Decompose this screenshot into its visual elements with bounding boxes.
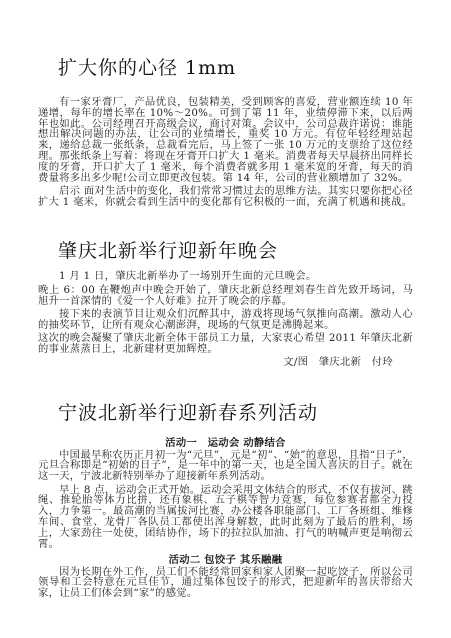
article-paragraph: 1 月 1 日，肇庆北新举办了一场别开生面的元旦晚会。 [38, 271, 413, 282]
activity-subheading: 活动一 运动会 动静结合 [38, 435, 413, 449]
article-paragraph: 晚上 6：00 在鞭炮声中晚会开始了，肇庆北新总经理刘春生首先致开场词，马旭升一… [38, 285, 413, 307]
article-paragraph: 因为长期在外工作，员工们不能经常回家和家人团聚一起吃饺子，所以公司领导和工会特意… [38, 567, 413, 599]
article-paragraph: 早上 8 点，运动会正式开始。运动会采用文体结合的形式，不仅有拔河、跳绳、推轮胎… [38, 485, 413, 550]
article-title: 肇庆北新举行迎新年晚会 [58, 238, 413, 264]
article-byline: 文/图 肇庆北新 付玲 [38, 357, 413, 368]
document-page: 扩大你的心径 1mm有一家牙膏厂，产品优良，包装精美，受到顾客的喜爱，营业额连续… [0, 0, 451, 638]
article: 扩大你的心径 1mm有一家牙膏厂，产品优良，包装精美，受到顾客的喜爱，营业额连续… [38, 55, 413, 207]
article: 宁波北新举行迎新春系列活动活动一 运动会 动静结合中国最早称农历正月初一为“元旦… [38, 400, 413, 599]
article-paragraph: 接下来的表演节目让观众们沉醉其中，游戏将现场气氛推向高潮。激动人心的抽奖环节，让… [38, 309, 413, 331]
article-list: 扩大你的心径 1mm有一家牙膏厂，产品优良，包装精美，受到顾客的喜爱，营业额连续… [38, 55, 413, 599]
article: 肇庆北新举行迎新年晚会1 月 1 日，肇庆北新举办了一场别开生面的元旦晚会。晚上… [38, 238, 413, 367]
article-paragraph: 有一家牙膏厂，产品优良，包装精美，受到顾客的喜爱，营业额连续 10 年递增，每年… [38, 97, 413, 183]
activity-subheading: 活动二 包饺子 其乐融融 [38, 552, 413, 566]
article-title: 扩大你的心径 1mm [58, 55, 413, 81]
article-paragraph: 这次的晚会凝聚了肇庆北新全体干部员工力量，大家衷心希望 2011 年肇庆北新的事… [38, 333, 413, 355]
article-paragraph: 中国最早称农历正月初一为“元旦”，元是“初”、“始”的意思，且指“日子”，元旦合… [38, 450, 413, 482]
article-paragraph: 启示 面对生活中的变化，我们常常习惯过去的思维方法。其实只要你把心径扩大 1 毫… [38, 186, 413, 208]
article-title: 宁波北新举行迎新春系列活动 [58, 400, 413, 426]
